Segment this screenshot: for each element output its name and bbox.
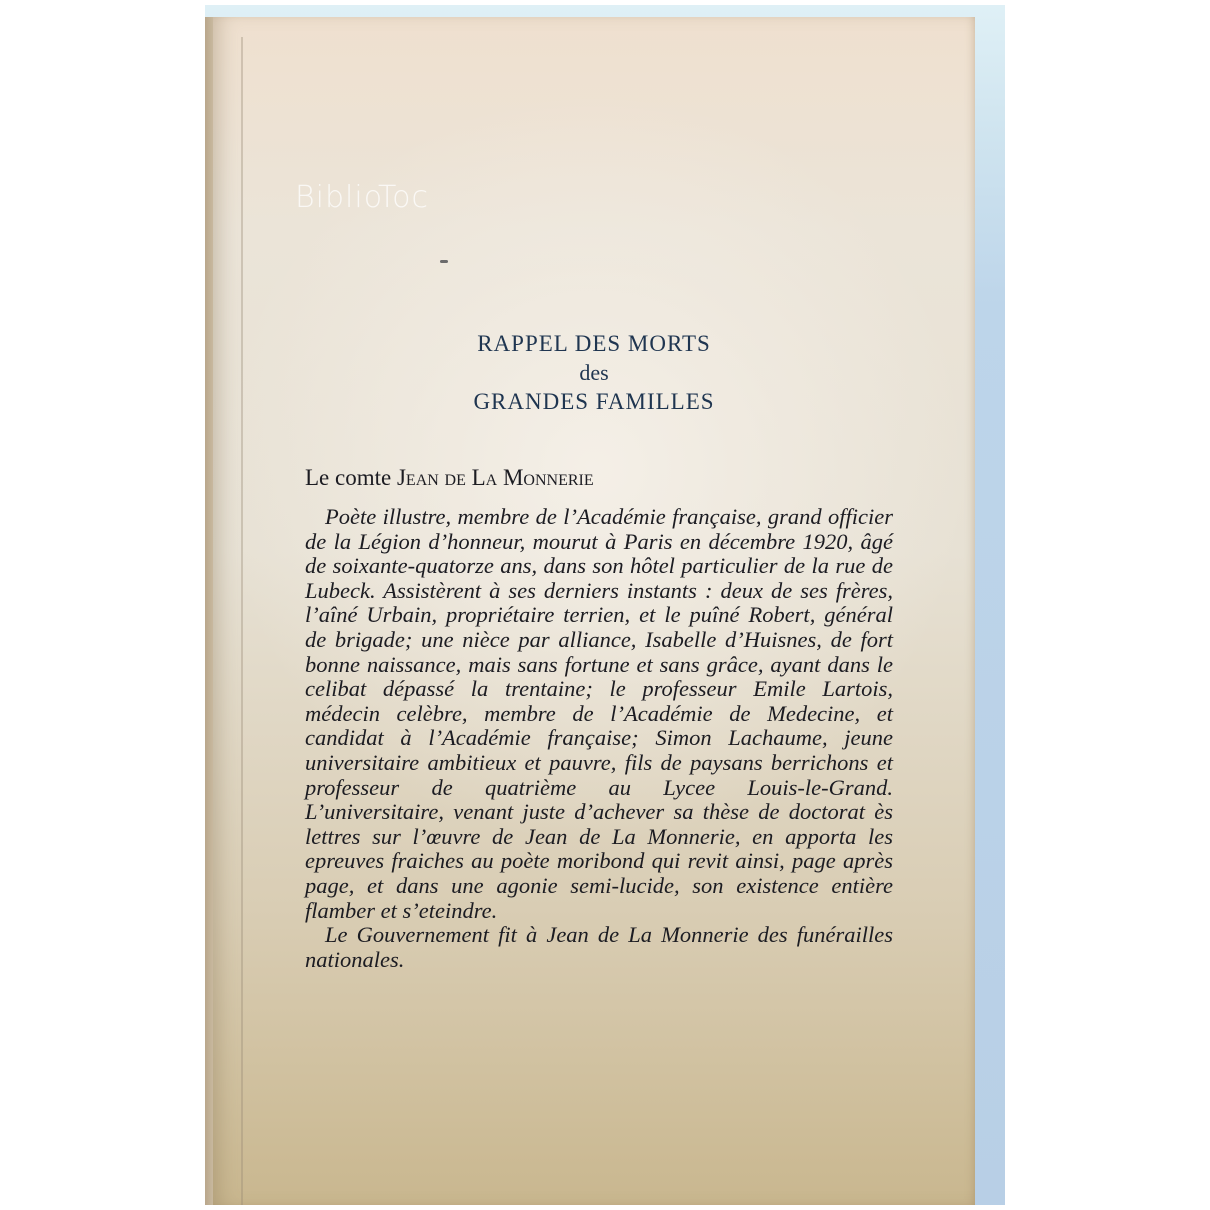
paragraph: Poète illustre, membre de l’Académie fra…: [305, 505, 893, 923]
heading-name: Jean de La Monnerie: [397, 465, 594, 490]
section-heading: Le comte Jean de La Monnerie: [305, 465, 594, 491]
page-fold: [241, 37, 243, 1205]
watermark: BiblioToc: [295, 180, 429, 215]
title-line-3: GRANDES FAMILLES: [213, 387, 975, 417]
print-mark: [440, 260, 448, 263]
title-line-2: des: [213, 359, 975, 387]
paragraph: Le Gouvernement fit à Jean de La Monneri…: [305, 923, 893, 972]
body-text: Poète illustre, membre de l’Académie fra…: [305, 505, 893, 972]
heading-prefix: Le comte: [305, 465, 397, 490]
page-title: RAPPEL DES MORTS des GRANDES FAMILLES: [213, 329, 975, 417]
book-page-photo: BiblioToc RAPPEL DES MORTS des GRANDES F…: [205, 5, 1005, 1205]
book-page: BiblioToc RAPPEL DES MORTS des GRANDES F…: [213, 17, 975, 1205]
title-line-1: RAPPEL DES MORTS: [213, 329, 975, 359]
